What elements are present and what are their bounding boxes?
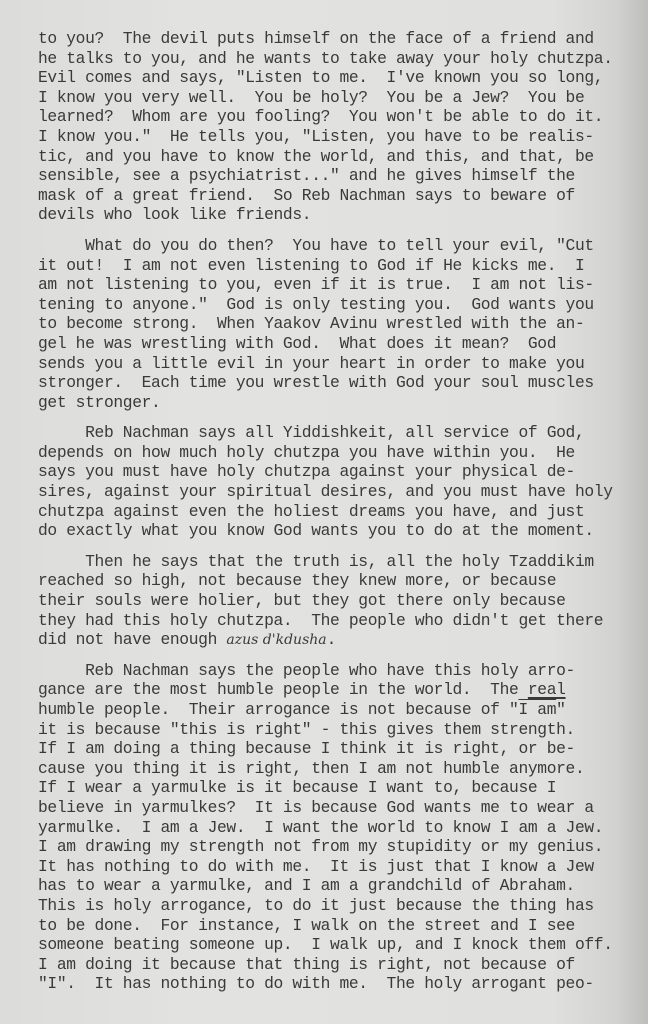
text-span: . <box>327 630 336 649</box>
text-line: Then he says that the truth is, all the … <box>38 552 638 572</box>
text-span: gance are the most humble people in the … <box>38 680 528 699</box>
paragraph-4: Then he says that the truth is, all the … <box>38 552 638 650</box>
text-line: "I". It has nothing to do with me. The h… <box>38 974 638 994</box>
paragraph-5: Reb Nachman says the people who have thi… <box>38 661 638 994</box>
underlined-word: real <box>528 680 566 699</box>
text-line: humble people. Their arrogance is not be… <box>38 700 638 720</box>
text-line: believe in yarmulkes? It is because God … <box>38 798 638 818</box>
text-line: I know you very well. You be holy? You b… <box>38 88 638 108</box>
text-line: chutzpa against even the holiest dreams … <box>38 502 638 522</box>
text-line: to be done. For instance, I walk on the … <box>38 916 638 936</box>
text-line: Reb Nachman says all Yiddishkeit, all se… <box>38 423 638 443</box>
text-line: depends on how much holy chutzpa you hav… <box>38 443 638 463</box>
text-line: What do you do then? You have to tell yo… <box>38 236 638 256</box>
text-line: sires, against your spiritual desires, a… <box>38 482 638 502</box>
text-line: I know you." He tells you, "Listen, you … <box>38 127 638 147</box>
overlined-phrase: I am <box>518 700 556 719</box>
text-line: devils who look like friends. <box>38 205 638 225</box>
text-line: cause you thing it is right, then I am n… <box>38 759 638 779</box>
text-span: " <box>556 700 565 719</box>
text-line: it out! I am not even listening to God i… <box>38 256 638 276</box>
paragraph-1: to you? The devil puts himself on the fa… <box>38 29 638 225</box>
text-line: to become strong. When Yaakov Avinu wres… <box>38 314 638 334</box>
text-line: If I wear a yarmulke is it because I wan… <box>38 778 638 798</box>
text-line: do exactly what you know God wants you t… <box>38 521 638 541</box>
text-line: says you must have holy chutzpa against … <box>38 462 638 482</box>
text-line: has to wear a yarmulke, and I am a grand… <box>38 876 638 896</box>
paragraph-gap <box>38 650 638 661</box>
text-line: sensible, see a psychiatrist..." and he … <box>38 166 638 186</box>
text-line: sends you a little evil in your heart in… <box>38 354 638 374</box>
text-line: Evil comes and says, "Listen to me. I've… <box>38 68 638 88</box>
text-line: gel he was wrestling with God. What does… <box>38 334 638 354</box>
text-line: to you? The devil puts himself on the fa… <box>38 29 638 49</box>
text-line: someone beating someone up. I walk up, a… <box>38 935 638 955</box>
text-line: tening to anyone." God is only testing y… <box>38 295 638 315</box>
text-line: did not have enough azus d'kdusha. <box>38 630 638 650</box>
paragraph-gap <box>38 225 638 236</box>
text-line: I am doing it because that thing is righ… <box>38 955 638 975</box>
text-line: Reb Nachman says the people who have thi… <box>38 661 638 681</box>
text-line: am not listening to you, even if it is t… <box>38 275 638 295</box>
text-line: tic, and you have to know the world, and… <box>38 147 638 167</box>
text-line: stronger. Each time you wrestle with God… <box>38 373 638 393</box>
text-line: gance are the most humble people in the … <box>38 680 638 700</box>
text-span: did not have enough <box>38 630 226 649</box>
handwritten-italic-term: azus d'kdusha <box>226 632 326 648</box>
text-line: mask of a great friend. So Reb Nachman s… <box>38 186 638 206</box>
text-line: he talks to you, and he wants to take aw… <box>38 49 638 69</box>
text-line: This is holy arrogance, to do it just be… <box>38 896 638 916</box>
paragraph-gap <box>38 412 638 423</box>
text-line: yarmulke. I am a Jew. I want the world t… <box>38 818 638 838</box>
text-line: get stronger. <box>38 393 638 413</box>
paragraph-2: What do you do then? You have to tell yo… <box>38 236 638 412</box>
scanned-page: to you? The devil puts himself on the fa… <box>0 0 648 1024</box>
text-span: humble people. Their arrogance is not be… <box>38 700 518 719</box>
paragraph-3: Reb Nachman says all Yiddishkeit, all se… <box>38 423 638 541</box>
text-line: reached so high, not because they knew m… <box>38 571 638 591</box>
text-line: I am drawing my strength not from my stu… <box>38 837 638 857</box>
text-line: they had this holy chutzpa. The people w… <box>38 611 638 631</box>
text-line: it is because "this is right" - this giv… <box>38 720 638 740</box>
text-line: their souls were holier, but they got th… <box>38 591 638 611</box>
text-line: It has nothing to do with me. It is just… <box>38 857 638 877</box>
body-text: to you? The devil puts himself on the fa… <box>38 29 638 994</box>
paragraph-gap <box>38 541 638 552</box>
text-line: If I am doing a thing because I think it… <box>38 739 638 759</box>
text-line: learned? Whom are you fooling? You won't… <box>38 107 638 127</box>
